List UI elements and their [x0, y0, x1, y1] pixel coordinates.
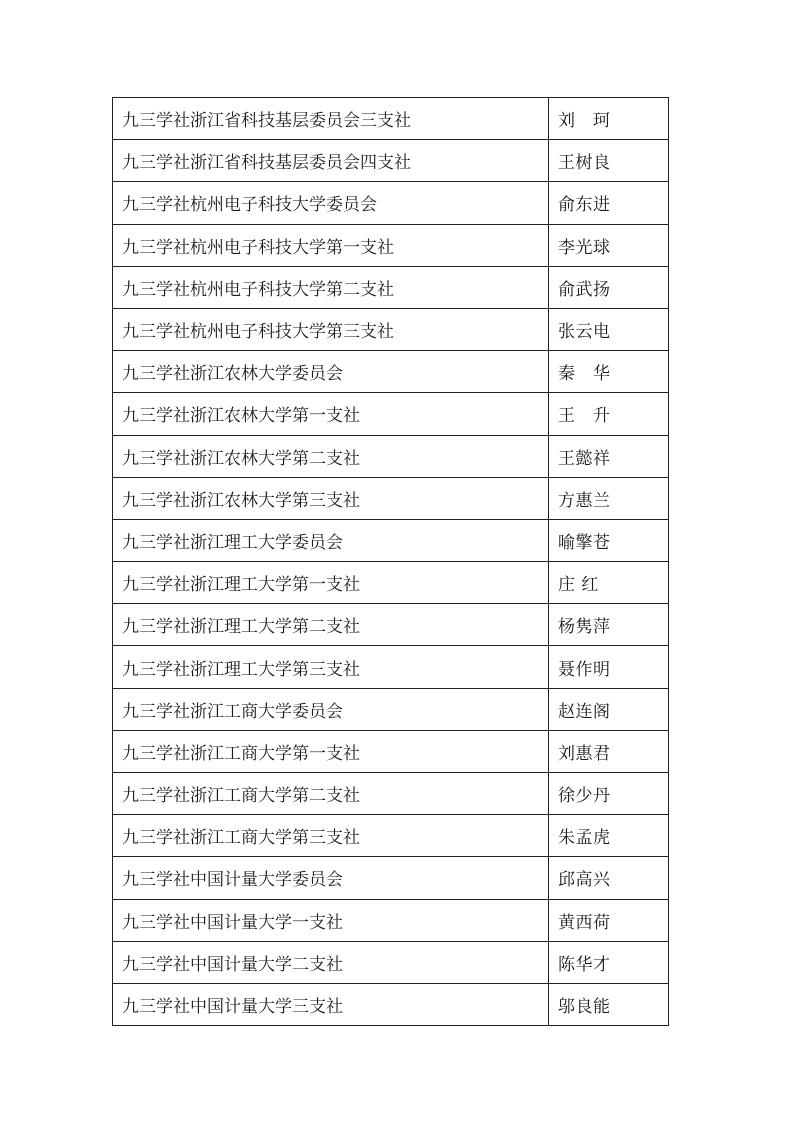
person-name-cell: 杨隽萍 [549, 604, 669, 646]
person-name-cell: 张云电 [549, 308, 669, 350]
person-name-cell: 方惠兰 [549, 477, 669, 519]
table-row: 九三学社浙江农林大学第三支社方惠兰 [113, 477, 669, 519]
table-row: 九三学社浙江理工大学第一支社庄 红 [113, 562, 669, 604]
organization-cell: 九三学社杭州电子科技大学委员会 [113, 182, 549, 224]
organization-cell: 九三学社杭州电子科技大学第二支社 [113, 266, 549, 308]
document-page: 九三学社浙江省科技基层委员会三支社刘 珂九三学社浙江省科技基层委员会四支社王树良… [0, 0, 793, 1122]
table-row: 九三学社浙江省科技基层委员会三支社刘 珂 [113, 98, 669, 140]
table-row: 九三学社浙江工商大学委员会赵连阁 [113, 688, 669, 730]
table-row: 九三学社杭州电子科技大学委员会俞东进 [113, 182, 669, 224]
roster-table-body: 九三学社浙江省科技基层委员会三支社刘 珂九三学社浙江省科技基层委员会四支社王树良… [113, 98, 669, 1026]
organization-cell: 九三学社浙江理工大学第三支社 [113, 646, 549, 688]
organization-cell: 九三学社浙江工商大学第二支社 [113, 773, 549, 815]
person-name-cell: 喻擎苍 [549, 519, 669, 561]
person-name-cell: 李光球 [549, 224, 669, 266]
table-row: 九三学社浙江农林大学第二支社王懿祥 [113, 435, 669, 477]
person-name-cell: 王懿祥 [549, 435, 669, 477]
organization-cell: 九三学社浙江农林大学委员会 [113, 351, 549, 393]
table-row: 九三学社杭州电子科技大学第二支社俞武扬 [113, 266, 669, 308]
organization-cell: 九三学社浙江理工大学委员会 [113, 519, 549, 561]
organization-cell: 九三学社浙江工商大学第一支社 [113, 730, 549, 772]
organization-cell: 九三学社浙江工商大学第三支社 [113, 815, 549, 857]
organization-cell: 九三学社杭州电子科技大学第一支社 [113, 224, 549, 266]
organization-cell: 九三学社中国计量大学二支社 [113, 941, 549, 983]
table-row: 九三学社浙江理工大学第二支社杨隽萍 [113, 604, 669, 646]
table-row: 九三学社杭州电子科技大学第一支社李光球 [113, 224, 669, 266]
table-row: 九三学社浙江工商大学第一支社刘惠君 [113, 730, 669, 772]
organization-cell: 九三学社中国计量大学一支社 [113, 899, 549, 941]
person-name-cell: 徐少丹 [549, 773, 669, 815]
organization-cell: 九三学社浙江农林大学第三支社 [113, 477, 549, 519]
organization-cell: 九三学社浙江农林大学第一支社 [113, 393, 549, 435]
person-name-cell: 邱高兴 [549, 857, 669, 899]
person-name-cell: 俞武扬 [549, 266, 669, 308]
roster-table: 九三学社浙江省科技基层委员会三支社刘 珂九三学社浙江省科技基层委员会四支社王树良… [112, 97, 669, 1026]
table-row: 九三学社中国计量大学委员会邱高兴 [113, 857, 669, 899]
person-name-cell: 庄 红 [549, 562, 669, 604]
organization-cell: 九三学社浙江省科技基层委员会四支社 [113, 140, 549, 182]
person-name-cell: 赵连阁 [549, 688, 669, 730]
organization-cell: 九三学社中国计量大学委员会 [113, 857, 549, 899]
person-name-cell: 王树良 [549, 140, 669, 182]
person-name-cell: 黄西荷 [549, 899, 669, 941]
table-row: 九三学社中国计量大学一支社黄西荷 [113, 899, 669, 941]
table-row: 九三学社浙江农林大学委员会秦 华 [113, 351, 669, 393]
organization-cell: 九三学社杭州电子科技大学第三支社 [113, 308, 549, 350]
table-row: 九三学社浙江农林大学第一支社王 升 [113, 393, 669, 435]
table-row: 九三学社中国计量大学二支社陈华才 [113, 941, 669, 983]
organization-cell: 九三学社浙江省科技基层委员会三支社 [113, 98, 549, 140]
table-row: 九三学社杭州电子科技大学第三支社张云电 [113, 308, 669, 350]
table-row: 九三学社浙江工商大学第三支社朱孟虎 [113, 815, 669, 857]
organization-cell: 九三学社浙江农林大学第二支社 [113, 435, 549, 477]
table-row: 九三学社中国计量大学三支社邬良能 [113, 983, 669, 1025]
organization-cell: 九三学社浙江理工大学第二支社 [113, 604, 549, 646]
person-name-cell: 刘惠君 [549, 730, 669, 772]
person-name-cell: 王 升 [549, 393, 669, 435]
person-name-cell: 刘 珂 [549, 98, 669, 140]
organization-cell: 九三学社浙江理工大学第一支社 [113, 562, 549, 604]
table-row: 九三学社浙江工商大学第二支社徐少丹 [113, 773, 669, 815]
table-row: 九三学社浙江省科技基层委员会四支社王树良 [113, 140, 669, 182]
organization-cell: 九三学社中国计量大学三支社 [113, 983, 549, 1025]
person-name-cell: 秦 华 [549, 351, 669, 393]
person-name-cell: 俞东进 [549, 182, 669, 224]
organization-cell: 九三学社浙江工商大学委员会 [113, 688, 549, 730]
table-row: 九三学社浙江理工大学第三支社聂作明 [113, 646, 669, 688]
person-name-cell: 邬良能 [549, 983, 669, 1025]
person-name-cell: 朱孟虎 [549, 815, 669, 857]
person-name-cell: 陈华才 [549, 941, 669, 983]
person-name-cell: 聂作明 [549, 646, 669, 688]
table-row: 九三学社浙江理工大学委员会喻擎苍 [113, 519, 669, 561]
